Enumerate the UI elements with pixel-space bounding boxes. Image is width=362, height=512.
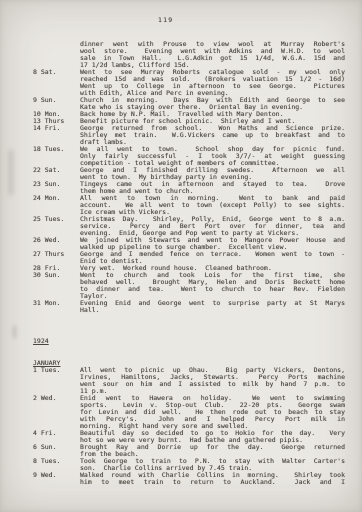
entry-text: Beautiful day so decided to go to Hokio … <box>80 430 345 444</box>
entry-text: Enid went to Hawera on holiday. We went … <box>80 395 345 430</box>
entry-date: 2 Wed. <box>33 395 80 402</box>
diary-entry: 22 Sat.George and I finished drilling sw… <box>33 167 345 181</box>
entry-text: Brought Ray and Dorrie up for the day. G… <box>80 444 345 458</box>
entry-date: 9 Wed. <box>33 472 80 479</box>
entry-text: All went to picnic up Ohau. Big party Vi… <box>80 367 345 395</box>
entry-text: Went to church and took Lois for the fir… <box>80 272 345 300</box>
entry-date: 4 Fri. <box>33 430 80 437</box>
entry-line: to dinner and tea. Went to church to hea… <box>80 286 345 293</box>
entry-date: 14 Fri. <box>33 125 80 132</box>
diary-entry: 6 Sun.Brought Ray and Dorrie up for the … <box>33 444 345 458</box>
entry-line: Hall. <box>80 307 345 314</box>
entry-text: George and I mended fence on terrace. Wo… <box>80 251 345 265</box>
diary-entry: 25 Tues.Christmas Day. Shirley, Polly, E… <box>33 216 345 237</box>
entry-text: All went to town in morning. Went to ban… <box>80 195 345 216</box>
entry-line: Evening Enid and George went to surprise… <box>80 300 345 307</box>
diary-entry: 8 Tues.Took George to train to P.N. to s… <box>33 458 345 472</box>
entry-text: Went to see Murray Roberts catalogue sol… <box>80 69 345 97</box>
entry-date: 18 Tues. <box>33 146 80 153</box>
entry-text: Church in morning. Days Bay with Edith a… <box>80 97 345 111</box>
entry-text: Christmas Day. Shirley, Polly, Enid, Geo… <box>80 216 345 237</box>
entry-date: 1 Tues. <box>33 367 80 374</box>
diary-entry: 23 Sun.Tingeys came out in afternoon and… <box>33 181 345 195</box>
entry-text: We joined with Stewarts and went to Mang… <box>80 237 345 251</box>
entry-date: 6 Sun. <box>33 444 80 451</box>
entry-text: We all went to town. School shop day for… <box>80 146 345 167</box>
scan-smudge-artifact <box>8 150 14 195</box>
page-number: 119 <box>158 17 173 24</box>
entry-date: 22 Sat. <box>33 167 80 174</box>
diary-entry: 9 Wed.Walked round with Charlie Collins … <box>33 472 345 486</box>
entry-date: 24 Mon. <box>33 195 80 202</box>
diary-entry: 31 Mon.Evening Enid and George went to s… <box>33 300 345 314</box>
entry-date: 23 Sun. <box>33 181 80 188</box>
entry-text: Took George to train to P.N. to stay wit… <box>80 458 345 472</box>
entry-date: 25 Tues. <box>33 216 80 223</box>
diary-body: dinner went with Prouse to view wool at … <box>33 41 345 486</box>
entry-text: George and I finished drilling swedes. A… <box>80 167 345 181</box>
diary-entry: 1 Tues.All went to picnic up Ohau. Big p… <box>33 367 345 395</box>
diary-page-scan: 119 dinner went with Prouse to view wool… <box>0 0 362 512</box>
entry-line: went sour on him and I assisted to milk … <box>80 381 345 388</box>
entry-text: Evening Enid and George went to surprise… <box>80 300 345 314</box>
entry-text: George returned from school. Won Maths a… <box>80 125 345 146</box>
diary-entry: 26 Wed.We joined with Stewarts and went … <box>33 237 345 251</box>
entry-date: 31 Mon. <box>33 300 80 307</box>
entry-date: 26 Wed. <box>33 237 80 244</box>
diary-entry: 2 Wed.Enid went to Hawera on holiday. We… <box>33 395 345 430</box>
diary-entry: 30 Sun.Went to church and took Lois for … <box>33 272 345 300</box>
diary-entry: 24 Mon.All went to town in morning. Went… <box>33 195 345 216</box>
entry-date: 9 Sun. <box>33 97 80 104</box>
entry-text: Tingeys came out in afternoon and stayed… <box>80 181 345 195</box>
entry-date: 8 Sat. <box>33 69 80 76</box>
diary-entry: dinner went with Prouse to view wool at … <box>33 41 345 69</box>
entry-line: him to meet train to return to Auckland.… <box>80 479 345 486</box>
entry-date: 8 Tues. <box>33 458 80 465</box>
diary-entry: 4 Fri.Beautiful day so decided to go to … <box>33 430 345 444</box>
entry-text: dinner went with Prouse to view wool at … <box>80 41 345 69</box>
diary-entry: 27 ThursGeorge and I mended fence on ter… <box>33 251 345 265</box>
year-header: 1924 <box>33 338 345 345</box>
scan-smudge-artifact <box>12 325 17 339</box>
entry-date: 27 Thurs <box>33 251 80 258</box>
diary-entry: 8 Sat.Went to see Murray Roberts catalog… <box>33 69 345 97</box>
diary-entry: 9 Sun.Church in morning. Days Bay with E… <box>33 97 345 111</box>
entry-text: Walked round with Charlie Collins in mor… <box>80 472 345 486</box>
entry-date: 30 Sun. <box>33 272 80 279</box>
diary-entry: 18 Tues.We all went to town. School shop… <box>33 146 345 167</box>
diary-entry: 14 Fri.George returned from school. Won … <box>33 125 345 146</box>
